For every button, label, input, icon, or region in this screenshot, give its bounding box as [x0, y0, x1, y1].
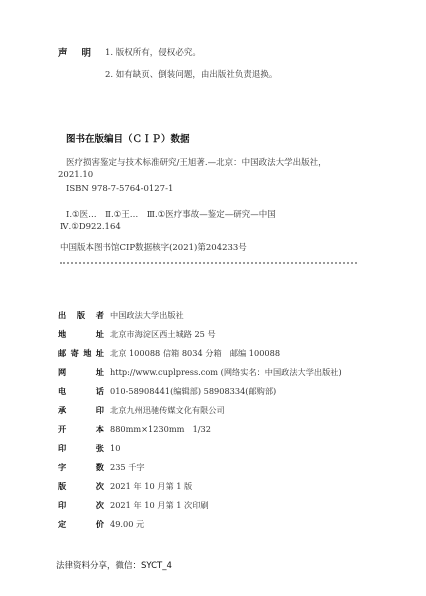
cip-title: 图书在版编目（ＣＩＰ）数据 [66, 131, 190, 145]
info-label: 网址 [58, 367, 104, 378]
info-value: 010-58908441(编辑部) 58908334(邮购部) [110, 386, 276, 397]
info-row: 版次 2021 年 10 月第 1 版 [58, 481, 418, 495]
info-row: 地址 北京市海淀区西土城路 25 号 [58, 329, 418, 343]
info-value: 北京九州迅驰传媒文化有限公司 [110, 405, 225, 416]
info-row: 印张 10 [58, 443, 418, 457]
declaration-item: 2. 如有缺页、倒装问题，由出版社负责退换。 [105, 68, 277, 80]
info-label: 承印 [58, 405, 104, 416]
info-value: 2021 年 10 月第 1 次印刷 [110, 500, 209, 511]
info-value: 中国政法大学出版社 [110, 310, 184, 321]
cip-isbn: ISBN 978-7-5764-0127-1 [66, 184, 173, 194]
divider [60, 262, 357, 264]
info-row: 出版者 中国政法大学出版社 [58, 310, 418, 324]
cip-line: Ⅳ.①D922.164 [60, 222, 121, 232]
info-value: 北京 100088 信箱 8034 分箱 邮编 100088 [110, 348, 280, 359]
info-row: 网址 http://www.cuplpress.com (网络实名：中国政法大学… [58, 367, 418, 381]
info-row: 印次 2021 年 10 月第 1 次印刷 [58, 500, 418, 514]
info-label: 邮寄地址 [58, 348, 104, 359]
info-value: 2021 年 10 月第 1 版 [110, 481, 192, 492]
info-row: 定价 49.00 元 [58, 519, 418, 533]
cip-number: 中国版本图书馆CIP数据核字(2021)第204233号 [60, 241, 247, 253]
info-row: 承印 北京九州迅驰传媒文化有限公司 [58, 405, 418, 419]
info-row: 开本 880mm×1230mm 1/32 [58, 424, 418, 438]
footer-note: 法律资料分享，微信：SYCT_4 [56, 559, 172, 571]
info-row: 邮寄地址 北京 100088 信箱 8034 分箱 邮编 100088 [58, 348, 418, 362]
info-value: http://www.cuplpress.com (网络实名：中国政法大学出版社… [110, 367, 342, 378]
cip-line: 医疗损害鉴定与技术标准研究/王旭著.—北京：中国政法大学出版社， [66, 156, 327, 168]
cip-line: Ⅰ.①医… Ⅱ.①王… Ⅲ.①医疗事故—鉴定—研究—中国 [66, 208, 276, 220]
info-label: 印张 [58, 443, 104, 454]
info-value: 235 千字 [110, 462, 145, 473]
info-row: 电话 010-58908441(编辑部) 58908334(邮购部) [58, 386, 418, 400]
info-value: 49.00 元 [110, 519, 144, 530]
cip-line: 2021.10 [58, 170, 93, 180]
info-label: 开本 [58, 424, 104, 435]
info-label: 字数 [58, 462, 104, 473]
info-label: 出版者 [58, 310, 104, 321]
info-label: 定价 [58, 519, 104, 530]
info-label: 版次 [58, 481, 104, 492]
info-label: 印次 [58, 500, 104, 511]
info-value: 北京市海淀区西土城路 25 号 [110, 329, 216, 340]
info-label: 电话 [58, 386, 104, 397]
declaration-label: 声明 [58, 45, 105, 59]
info-row: 字数 235 千字 [58, 462, 418, 476]
declaration-item: 1. 版权所有，侵权必究。 [105, 46, 201, 58]
info-value: 10 [110, 443, 120, 453]
info-label: 地址 [58, 329, 104, 340]
info-value: 880mm×1230mm 1/32 [110, 424, 211, 435]
